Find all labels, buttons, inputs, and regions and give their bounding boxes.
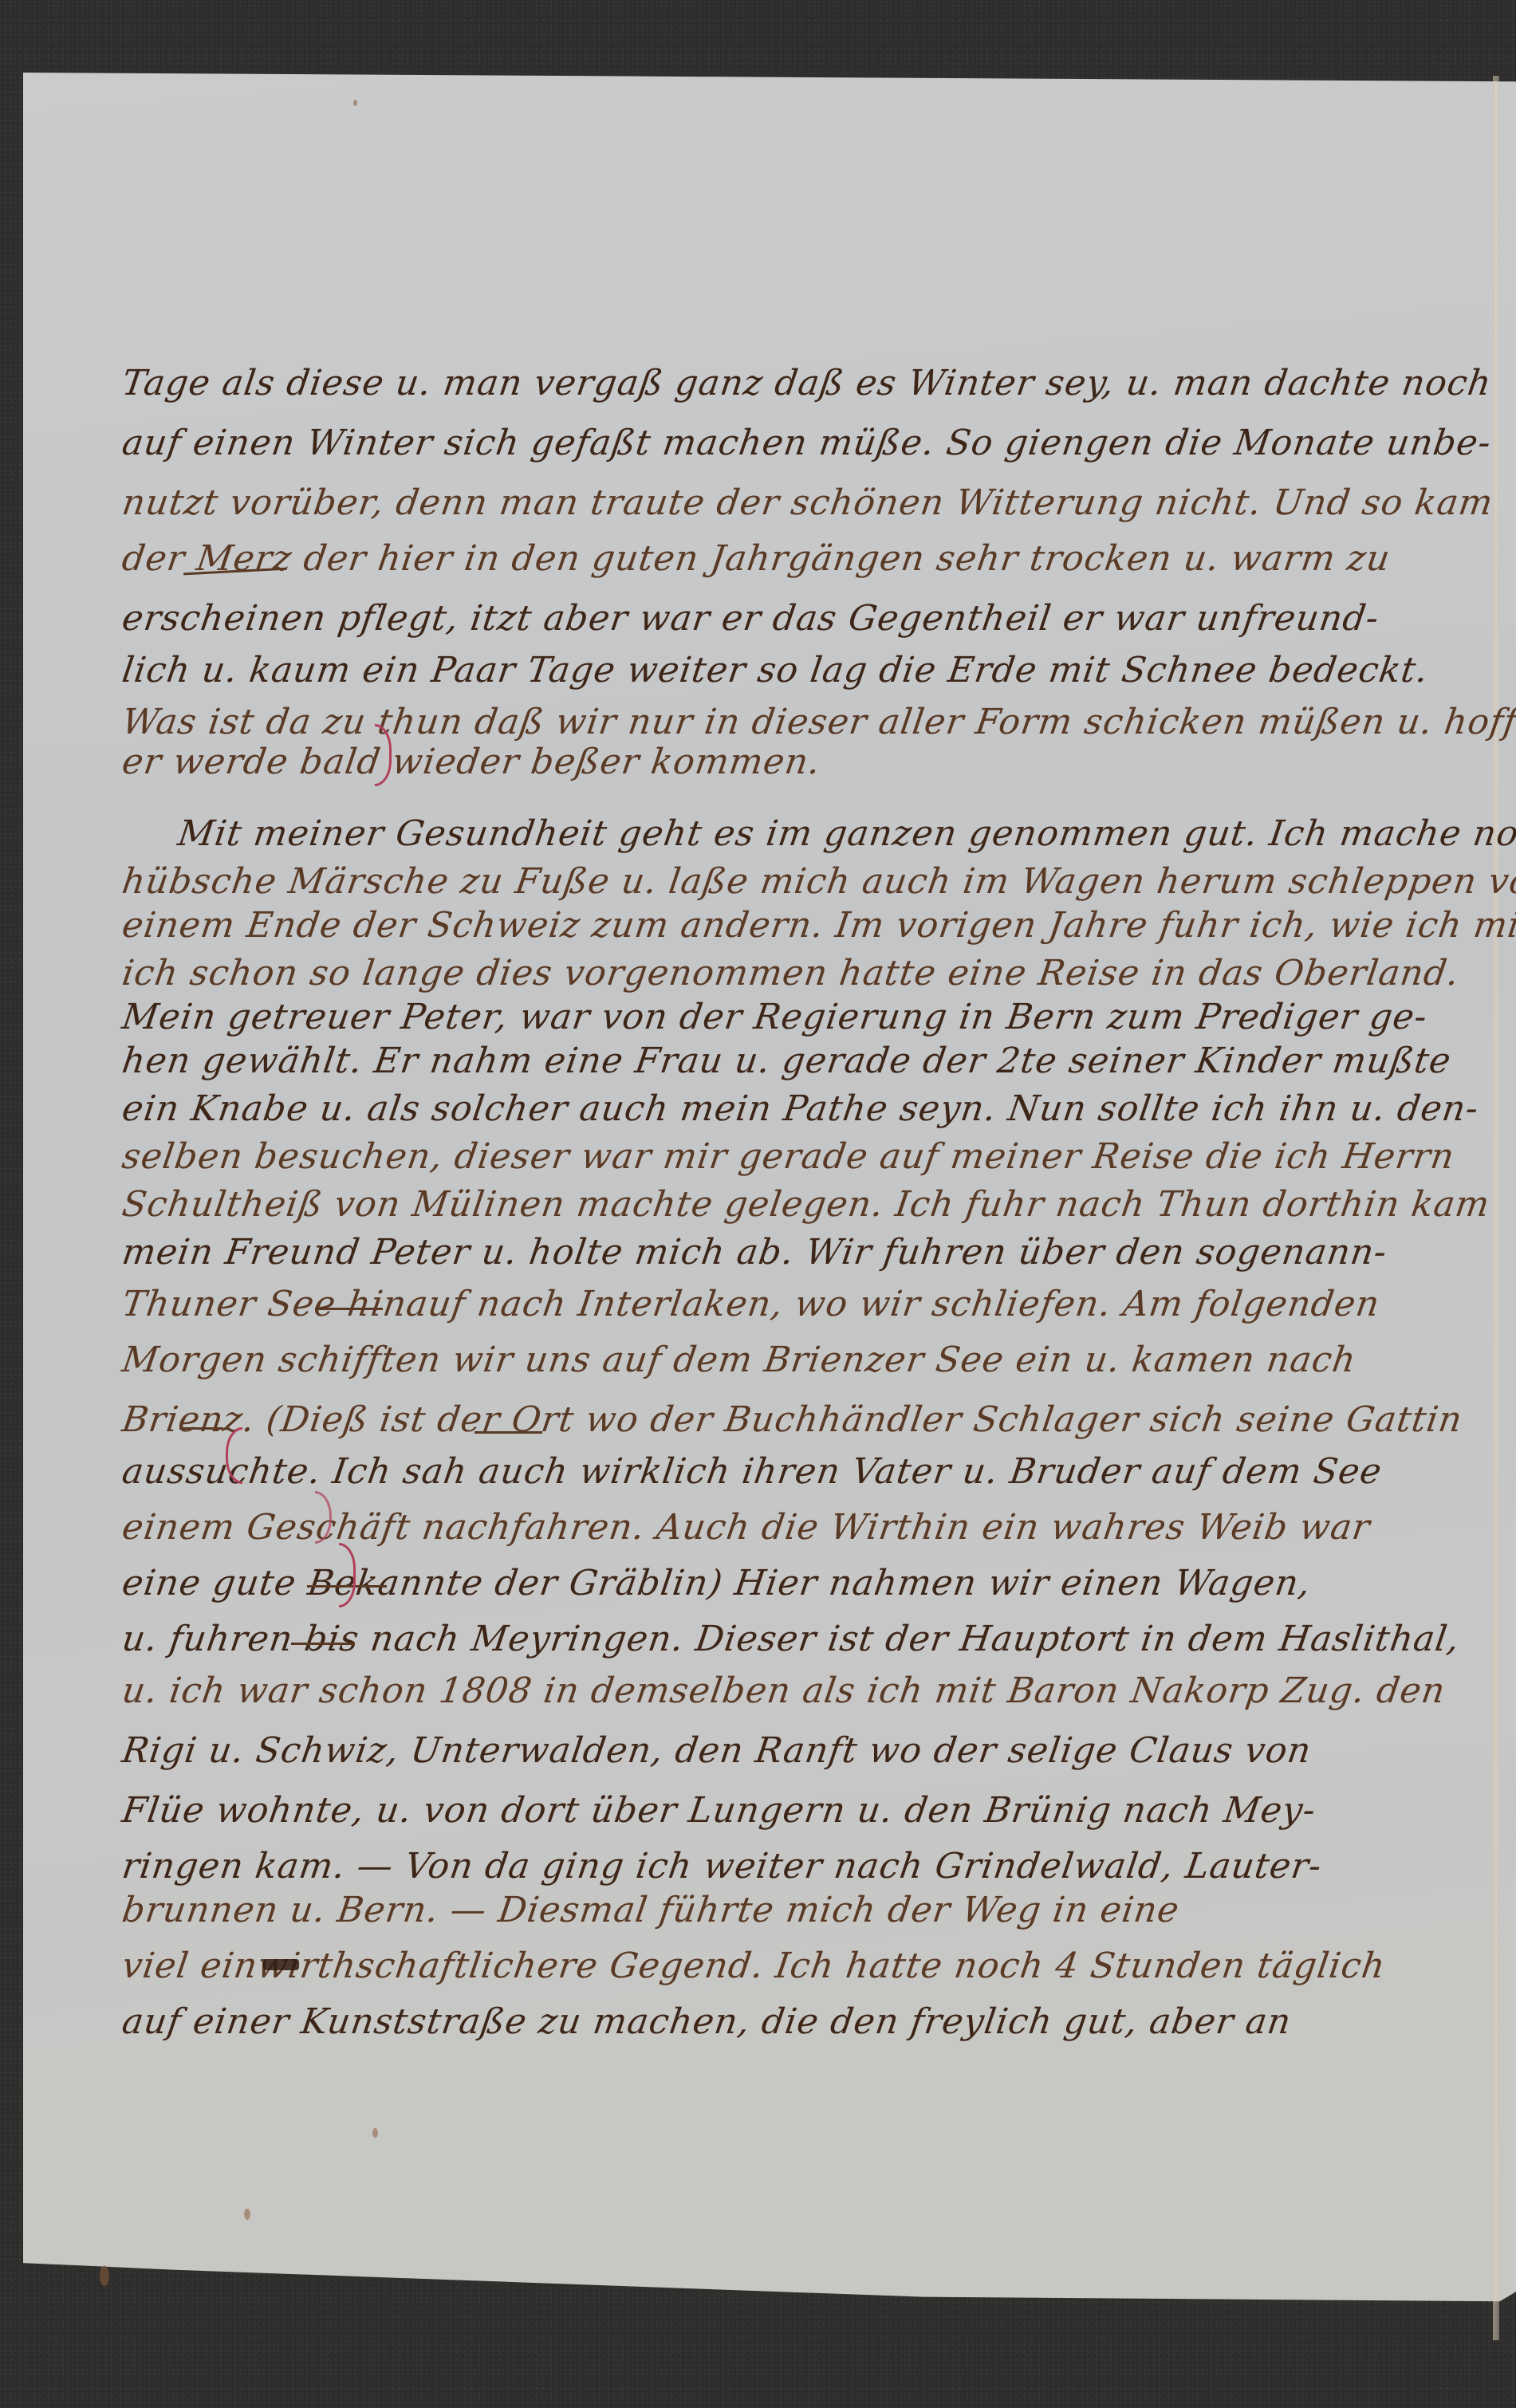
text-line: aussuchte. Ich sah auch wirklich ihren V… bbox=[120, 1451, 1384, 1492]
text-line: lich u. kaum ein Paar Tage weiter so lag… bbox=[120, 650, 1431, 691]
ink-stain bbox=[100, 2265, 109, 2286]
underline-mark bbox=[179, 1427, 223, 1430]
text-line: Was ist da zu thun daß wir nur in dieser… bbox=[120, 702, 1516, 742]
text-line: Tage als diese u. man vergaß ganz daß es… bbox=[120, 363, 1494, 403]
text-line: er werde bald wieder beßer kommen. bbox=[120, 742, 823, 782]
text-line: einem Ende der Schweiz zum andern. Im vo… bbox=[120, 905, 1516, 946]
underline-mark bbox=[291, 1643, 355, 1645]
text-line: Schultheiß von Mülinen machte gelegen. I… bbox=[120, 1184, 1493, 1225]
text-line: einem Geschäft nachfahren. Auch die Wirt… bbox=[120, 1507, 1373, 1548]
text-line: der Merz der hier in den guten Jahrgänge… bbox=[120, 538, 1393, 579]
ink-stain bbox=[372, 2128, 378, 2138]
text-line: Mein getreuer Peter, war von der Regieru… bbox=[120, 997, 1430, 1037]
text-line: Thuner See hinauf nach Interlaken, wo wi… bbox=[120, 1284, 1382, 1324]
text-line: auf einer Kunststraße zu machen, die den… bbox=[120, 2001, 1294, 2042]
text-line: ein Knabe u. als solcher auch mein Pathe… bbox=[120, 1088, 1482, 1129]
text-line: selben besuchen, dieser war mir gerade a… bbox=[120, 1136, 1457, 1177]
text-line: viel einwirthschaftlichere Gegend. Ich h… bbox=[120, 1946, 1388, 1986]
text-line: hen gewählt. Er nahm eine Frau u. gerade… bbox=[120, 1041, 1454, 1081]
page-fold-edge bbox=[1493, 76, 1499, 2340]
strikethrough-mark bbox=[263, 1959, 299, 1970]
text-line: auf einen Winter sich gefaßt machen müße… bbox=[120, 423, 1494, 463]
text-line: u. ich war schon 1808 in demselben als i… bbox=[120, 1670, 1448, 1711]
text-line: Flüe wohnte, u. von dort über Lungern u.… bbox=[120, 1790, 1318, 1831]
text-line: Mit meiner Gesundheit geht es im ganzen … bbox=[175, 813, 1516, 854]
text-line: erscheinen pflegt, itzt aber war er das … bbox=[120, 598, 1382, 639]
text-line: Brienz. (Dieß ist der Ort wo der Buchhän… bbox=[120, 1399, 1465, 1440]
text-line: Morgen schifften wir uns auf dem Brienze… bbox=[120, 1340, 1359, 1380]
text-line: eine gute Bekannte der Gräblin) Hier nah… bbox=[120, 1563, 1313, 1603]
underline-mark bbox=[315, 1308, 383, 1310]
text-line: mein Freund Peter u. holte mich ab. Wir … bbox=[120, 1232, 1390, 1273]
text-line: Rigi u. Schwiz, Unterwalden, den Ranft w… bbox=[120, 1730, 1314, 1771]
text-line: nutzt vorüber, denn man traute der schön… bbox=[120, 482, 1496, 523]
text-line: hübsche Märsche zu Fuße u. laße mich auc… bbox=[120, 861, 1516, 902]
text-line: ich schon so lange dies vorgenommen hatt… bbox=[120, 953, 1462, 993]
ink-stain bbox=[353, 100, 357, 106]
text-line: ringen kam. — Von da ging ich weiter nac… bbox=[120, 1846, 1325, 1887]
text-line: brunnen u. Bern. — Diesmal führte mich d… bbox=[120, 1890, 1182, 1930]
ink-stain bbox=[244, 2209, 250, 2220]
text-line: u. fuhren bis nach Meyringen. Dieser ist… bbox=[120, 1619, 1463, 1659]
underline-mark bbox=[474, 1431, 542, 1434]
